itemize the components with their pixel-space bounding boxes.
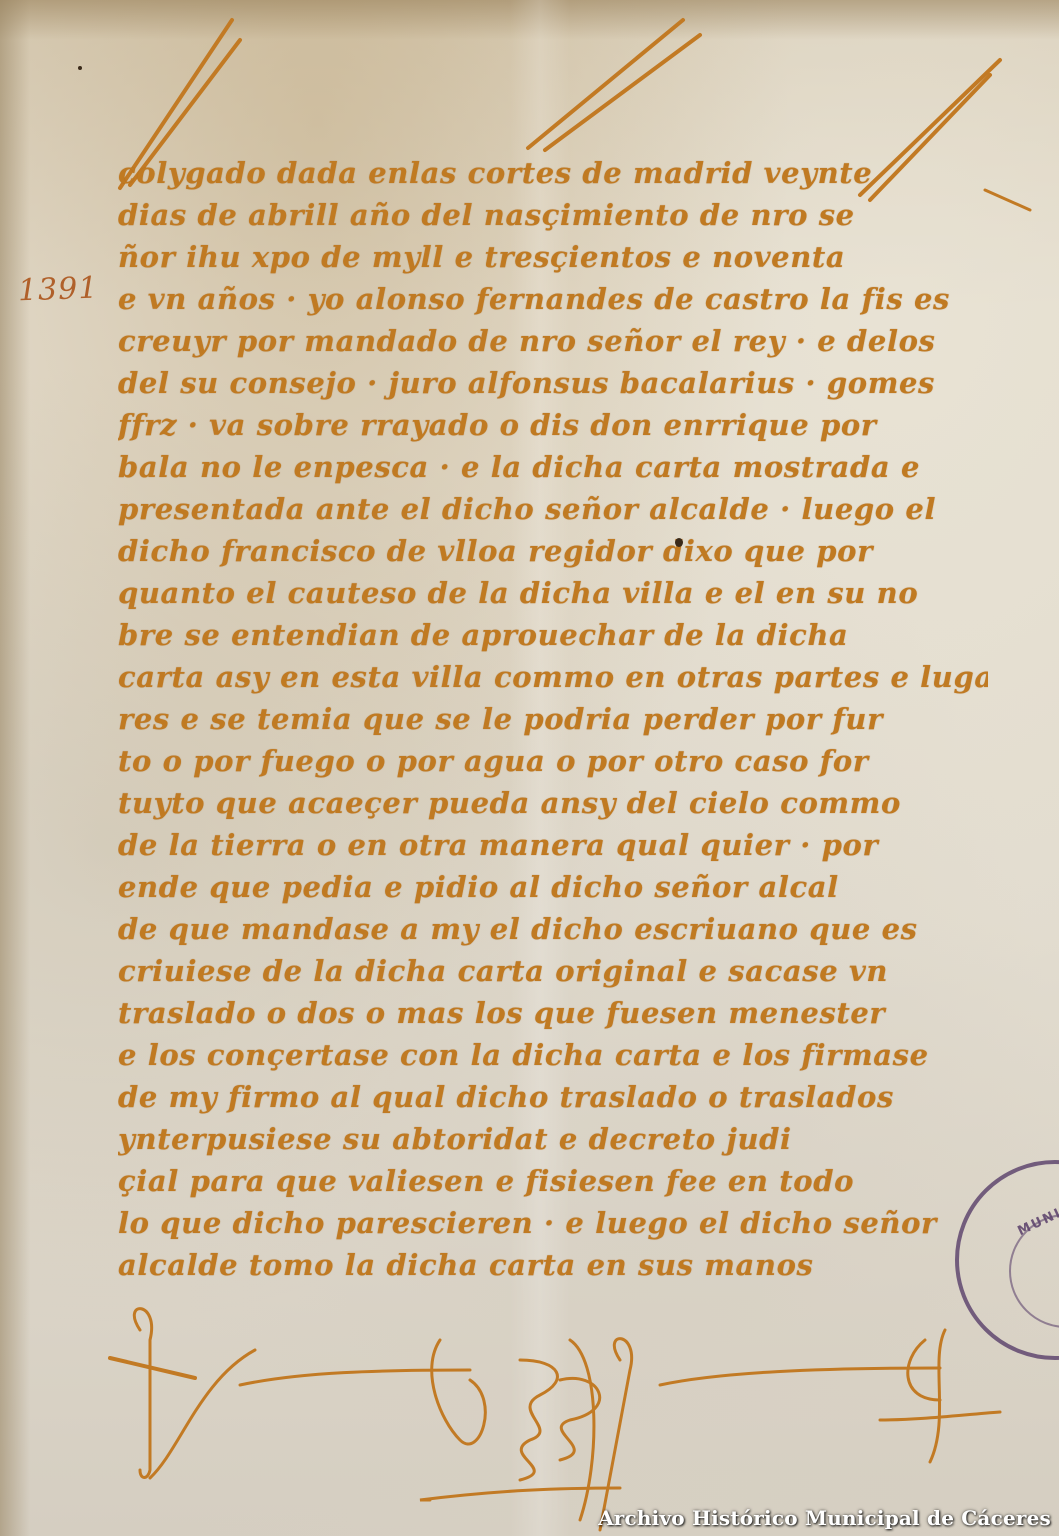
manuscript-line: to o por fuego o por agua o por otro cas… [118,740,988,782]
manuscript-line: de my firmo al qual dicho traslado o tra… [118,1076,988,1118]
manuscript-line: ffrz · va sobre rrayado o dis don enrriq… [118,404,988,446]
manuscript-line: colygado dada enlas cortes de madrid vey… [118,152,988,194]
manuscript-line: creuyr por mandado de nro señor el rey ·… [118,320,988,362]
manuscript-line: criuiese de la dicha carta original e sa… [118,950,988,992]
manuscript-line: carta asy en esta villa commo en otras p… [118,656,988,698]
manuscript-line: de la tierra o en otra manera qual quier… [118,824,988,866]
manuscript-line: dias de abrill año del nasçimiento de nr… [118,194,988,236]
margin-note-year: 1391 [17,271,99,309]
manuscript-line: dicho francisco de vlloa regidor dixo qu… [118,530,988,572]
archive-watermark: Archivo Histórico Municipal de Cáceres [598,1506,1051,1530]
manuscript-line: ynterpusiese su abtoridat e decreto judi [118,1118,988,1160]
manuscript-line: ñor ihu xpo de myll e tresçientos e nove… [118,236,988,278]
manuscript-line: lo que dicho parescieren · e luego el di… [118,1202,988,1244]
ink-speck [78,66,82,70]
manuscript-line: çial para que valiesen e fisiesen fee en… [118,1160,988,1202]
manuscript-line: bre se entendian de aprouechar de la dic… [118,614,988,656]
manuscript-line: alcalde tomo la dicha carta en sus manos [118,1244,988,1286]
top-stroke-center-a [528,20,683,148]
manuscript-line: e vn años · yo alonso fernandes de castr… [118,278,988,320]
ink-speck [675,538,683,547]
manuscript-line: bala no le enpesca · e la dicha carta mo… [118,446,988,488]
manuscript-text-block: colygado dada enlas cortes de madrid vey… [118,152,988,1286]
manuscript-line: ende que pedia e pidio al dicho señor al… [118,866,988,908]
manuscript-line: presentada ante el dicho señor alcalde ·… [118,488,988,530]
manuscript-line: de que mandase a my el dicho escriuano q… [118,908,988,950]
manuscript-line: traslado o dos o mas los que fuesen mene… [118,992,988,1034]
manuscript-line: tuyto que acaeçer pueda ansy del cielo c… [118,782,988,824]
manuscript-line: del su consejo · juro alfonsus bacalariu… [118,362,988,404]
manuscript-line: quanto el cauteso de la dicha villa e el… [118,572,988,614]
manuscript-line: e los conçertase con la dicha carta e lo… [118,1034,988,1076]
manuscript-line: res e se temia que se le podria perder p… [118,698,988,740]
